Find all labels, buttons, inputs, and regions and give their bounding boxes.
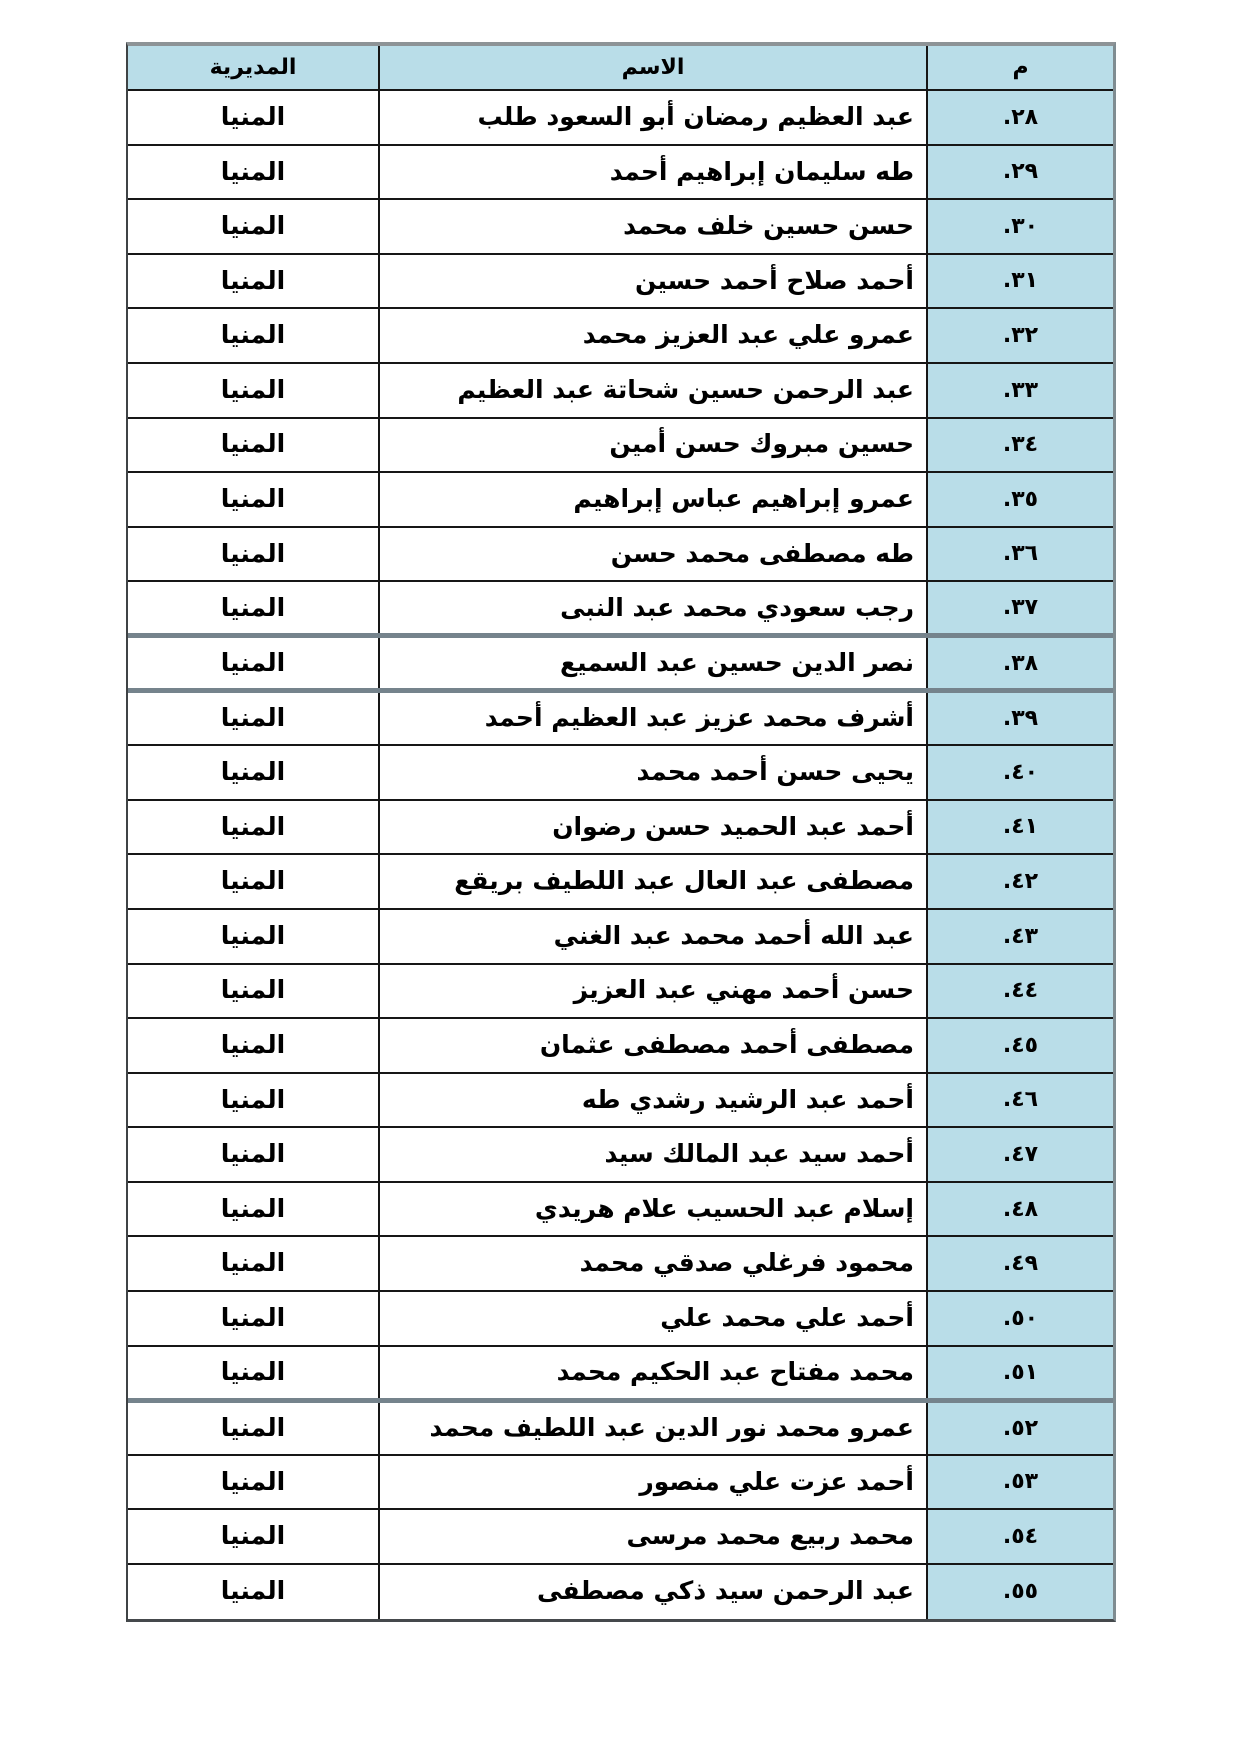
row-number-cell: ٣٩. bbox=[927, 691, 1113, 746]
row-number-cell: ٥١. bbox=[927, 1346, 1113, 1401]
row-directorate-cell: المنيا bbox=[128, 1127, 379, 1182]
row-number-cell: ٣٧. bbox=[927, 581, 1113, 636]
row-number-cell: ٢٨. bbox=[927, 90, 1113, 145]
table-row: ٣٢. عمرو علي عبد العزيز محمد المنيا bbox=[128, 308, 1113, 363]
row-directorate-cell: المنيا bbox=[128, 909, 379, 964]
row-name-cell: حسن أحمد مهني عبد العزيز bbox=[379, 964, 927, 1019]
row-name-cell: نصر الدين حسين عبد السميع bbox=[379, 636, 927, 691]
row-directorate-cell: المنيا bbox=[128, 308, 379, 363]
row-number-cell: ٥٣. bbox=[927, 1455, 1113, 1510]
row-name-cell: يحيى حسن أحمد محمد bbox=[379, 745, 927, 800]
row-number-cell: ٤٢. bbox=[927, 854, 1113, 909]
row-number-cell: ٥٢. bbox=[927, 1400, 1113, 1455]
row-name-cell: محمود فرغلي صدقي محمد bbox=[379, 1236, 927, 1291]
table-row: ٣٠. حسن حسين خلف محمد المنيا bbox=[128, 199, 1113, 254]
row-directorate-cell: المنيا bbox=[128, 145, 379, 200]
table-row: ٤٠. يحيى حسن أحمد محمد المنيا bbox=[128, 745, 1113, 800]
table-row: ٣٩. أشرف محمد عزيز عبد العظيم أحمد المني… bbox=[128, 691, 1113, 746]
row-number-cell: ٤٣. bbox=[927, 909, 1113, 964]
row-name-cell: عمرو علي عبد العزيز محمد bbox=[379, 308, 927, 363]
table-row: ٣١. أحمد صلاح أحمد حسين المنيا bbox=[128, 254, 1113, 309]
row-name-cell: مصطفى أحمد مصطفى عثمان bbox=[379, 1018, 927, 1073]
row-directorate-cell: المنيا bbox=[128, 254, 379, 309]
table-body: ٢٨. عبد العظيم رمضان أبو السعود طلب المن… bbox=[128, 90, 1113, 1619]
table-row: ٣٦. طه مصطفى محمد حسن المنيا bbox=[128, 527, 1113, 582]
row-number-cell: ٣٣. bbox=[927, 363, 1113, 418]
row-number-cell: ٣١. bbox=[927, 254, 1113, 309]
row-directorate-cell: المنيا bbox=[128, 1182, 379, 1237]
row-number-cell: ٤٧. bbox=[927, 1127, 1113, 1182]
row-directorate-cell: المنيا bbox=[128, 199, 379, 254]
row-number-cell: ٥٥. bbox=[927, 1564, 1113, 1619]
row-directorate-cell: المنيا bbox=[128, 964, 379, 1019]
row-name-cell: عبد الرحمن سيد ذكي مصطفى bbox=[379, 1564, 927, 1619]
row-name-cell: عمرو إبراهيم عباس إبراهيم bbox=[379, 472, 927, 527]
row-name-cell: أحمد علي محمد علي bbox=[379, 1291, 927, 1346]
row-directorate-cell: المنيا bbox=[128, 745, 379, 800]
table-row: ٣٤. حسين مبروك حسن أمين المنيا bbox=[128, 418, 1113, 473]
row-number-cell: ٤٨. bbox=[927, 1182, 1113, 1237]
table-row: ٣٨. نصر الدين حسين عبد السميع المنيا bbox=[128, 636, 1113, 691]
row-number-cell: ٤٦. bbox=[927, 1073, 1113, 1128]
row-number-cell: ٤١. bbox=[927, 800, 1113, 855]
row-directorate-cell: المنيا bbox=[128, 1564, 379, 1619]
row-name-cell: أحمد عزت علي منصور bbox=[379, 1455, 927, 1510]
row-directorate-cell: المنيا bbox=[128, 636, 379, 691]
row-name-cell: أحمد سيد عبد المالك سيد bbox=[379, 1127, 927, 1182]
row-directorate-cell: المنيا bbox=[128, 1291, 379, 1346]
table-row: ٥٥. عبد الرحمن سيد ذكي مصطفى المنيا bbox=[128, 1564, 1113, 1619]
row-directorate-cell: المنيا bbox=[128, 363, 379, 418]
row-number-cell: ٥٠. bbox=[927, 1291, 1113, 1346]
row-name-cell: عبد العظيم رمضان أبو السعود طلب bbox=[379, 90, 927, 145]
table-row: ٥٤. محمد ربيع محمد مرسى المنيا bbox=[128, 1509, 1113, 1564]
table-row: ٣٥. عمرو إبراهيم عباس إبراهيم المنيا bbox=[128, 472, 1113, 527]
row-number-cell: ٢٩. bbox=[927, 145, 1113, 200]
table-row: ٤٥. مصطفى أحمد مصطفى عثمان المنيا bbox=[128, 1018, 1113, 1073]
header-number: م bbox=[927, 46, 1113, 90]
row-name-cell: إسلام عبد الحسيب علام هريدي bbox=[379, 1182, 927, 1237]
row-directorate-cell: المنيا bbox=[128, 90, 379, 145]
row-number-cell: ٣٨. bbox=[927, 636, 1113, 691]
row-name-cell: طه مصطفى محمد حسن bbox=[379, 527, 927, 582]
table-row: ٤١. أحمد عبد الحميد حسن رضوان المنيا bbox=[128, 800, 1113, 855]
row-directorate-cell: المنيا bbox=[128, 1400, 379, 1455]
table-row: ٤٤. حسن أحمد مهني عبد العزيز المنيا bbox=[128, 964, 1113, 1019]
header-row: م الاسم المديرية bbox=[128, 46, 1113, 90]
table-row: ٥٢. عمرو محمد نور الدين عبد اللطيف محمد … bbox=[128, 1400, 1113, 1455]
table-row: ٣٣. عبد الرحمن حسين شحاتة عبد العظيم الم… bbox=[128, 363, 1113, 418]
row-name-cell: عمرو محمد نور الدين عبد اللطيف محمد bbox=[379, 1400, 927, 1455]
row-name-cell: طه سليمان إبراهيم أحمد bbox=[379, 145, 927, 200]
row-name-cell: محمد ربيع محمد مرسى bbox=[379, 1509, 927, 1564]
row-directorate-cell: المنيا bbox=[128, 1236, 379, 1291]
table-row: ٣٧. رجب سعودي محمد عبد النبى المنيا bbox=[128, 581, 1113, 636]
row-number-cell: ٣٢. bbox=[927, 308, 1113, 363]
row-name-cell: محمد مفتاح عبد الحكيم محمد bbox=[379, 1346, 927, 1401]
table-row: ٤٨. إسلام عبد الحسيب علام هريدي المنيا bbox=[128, 1182, 1113, 1237]
row-name-cell: أحمد عبد الحميد حسن رضوان bbox=[379, 800, 927, 855]
table-row: ٥١. محمد مفتاح عبد الحكيم محمد المنيا bbox=[128, 1346, 1113, 1401]
row-number-cell: ٤٥. bbox=[927, 1018, 1113, 1073]
row-number-cell: ٤٤. bbox=[927, 964, 1113, 1019]
row-number-cell: ٣٦. bbox=[927, 527, 1113, 582]
table-row: ٤٦. أحمد عبد الرشيد رشدي طه المنيا bbox=[128, 1073, 1113, 1128]
table-row: ٥٠. أحمد علي محمد علي المنيا bbox=[128, 1291, 1113, 1346]
roster-table: م الاسم المديرية ٢٨. عبد العظيم رمضان أب… bbox=[128, 46, 1113, 1619]
table-row: ٢٨. عبد العظيم رمضان أبو السعود طلب المن… bbox=[128, 90, 1113, 145]
row-number-cell: ٤٩. bbox=[927, 1236, 1113, 1291]
staff-roster-table: م الاسم المديرية ٢٨. عبد العظيم رمضان أب… bbox=[126, 42, 1116, 1622]
row-directorate-cell: المنيا bbox=[128, 418, 379, 473]
row-name-cell: مصطفى عبد العال عبد اللطيف بريقع bbox=[379, 854, 927, 909]
table-row: ٤٧. أحمد سيد عبد المالك سيد المنيا bbox=[128, 1127, 1113, 1182]
header-directorate: المديرية bbox=[128, 46, 379, 90]
row-name-cell: عبد الرحمن حسين شحاتة عبد العظيم bbox=[379, 363, 927, 418]
document-page: { "table": { "headers": { "no": "م", "na… bbox=[0, 0, 1241, 1755]
row-number-cell: ٣٤. bbox=[927, 418, 1113, 473]
row-name-cell: حسن حسين خلف محمد bbox=[379, 199, 927, 254]
row-name-cell: عبد الله أحمد محمد عبد الغني bbox=[379, 909, 927, 964]
row-number-cell: ٥٤. bbox=[927, 1509, 1113, 1564]
row-number-cell: ٣٠. bbox=[927, 199, 1113, 254]
row-number-cell: ٣٥. bbox=[927, 472, 1113, 527]
row-directorate-cell: المنيا bbox=[128, 472, 379, 527]
table-row: ٤٢. مصطفى عبد العال عبد اللطيف بريقع الم… bbox=[128, 854, 1113, 909]
row-name-cell: أشرف محمد عزيز عبد العظيم أحمد bbox=[379, 691, 927, 746]
row-directorate-cell: المنيا bbox=[128, 581, 379, 636]
row-directorate-cell: المنيا bbox=[128, 854, 379, 909]
row-directorate-cell: المنيا bbox=[128, 800, 379, 855]
row-directorate-cell: المنيا bbox=[128, 527, 379, 582]
row-directorate-cell: المنيا bbox=[128, 1346, 379, 1401]
row-number-cell: ٤٠. bbox=[927, 745, 1113, 800]
row-name-cell: أحمد عبد الرشيد رشدي طه bbox=[379, 1073, 927, 1128]
row-name-cell: أحمد صلاح أحمد حسين bbox=[379, 254, 927, 309]
table-row: ٤٩. محمود فرغلي صدقي محمد المنيا bbox=[128, 1236, 1113, 1291]
row-directorate-cell: المنيا bbox=[128, 1455, 379, 1510]
table-row: ٢٩. طه سليمان إبراهيم أحمد المنيا bbox=[128, 145, 1113, 200]
row-directorate-cell: المنيا bbox=[128, 691, 379, 746]
table-row: ٥٣. أحمد عزت علي منصور المنيا bbox=[128, 1455, 1113, 1510]
row-directorate-cell: المنيا bbox=[128, 1018, 379, 1073]
row-directorate-cell: المنيا bbox=[128, 1509, 379, 1564]
header-name: الاسم bbox=[379, 46, 927, 90]
table-row: ٤٣. عبد الله أحمد محمد عبد الغني المنيا bbox=[128, 909, 1113, 964]
row-directorate-cell: المنيا bbox=[128, 1073, 379, 1128]
row-name-cell: حسين مبروك حسن أمين bbox=[379, 418, 927, 473]
row-name-cell: رجب سعودي محمد عبد النبى bbox=[379, 581, 927, 636]
